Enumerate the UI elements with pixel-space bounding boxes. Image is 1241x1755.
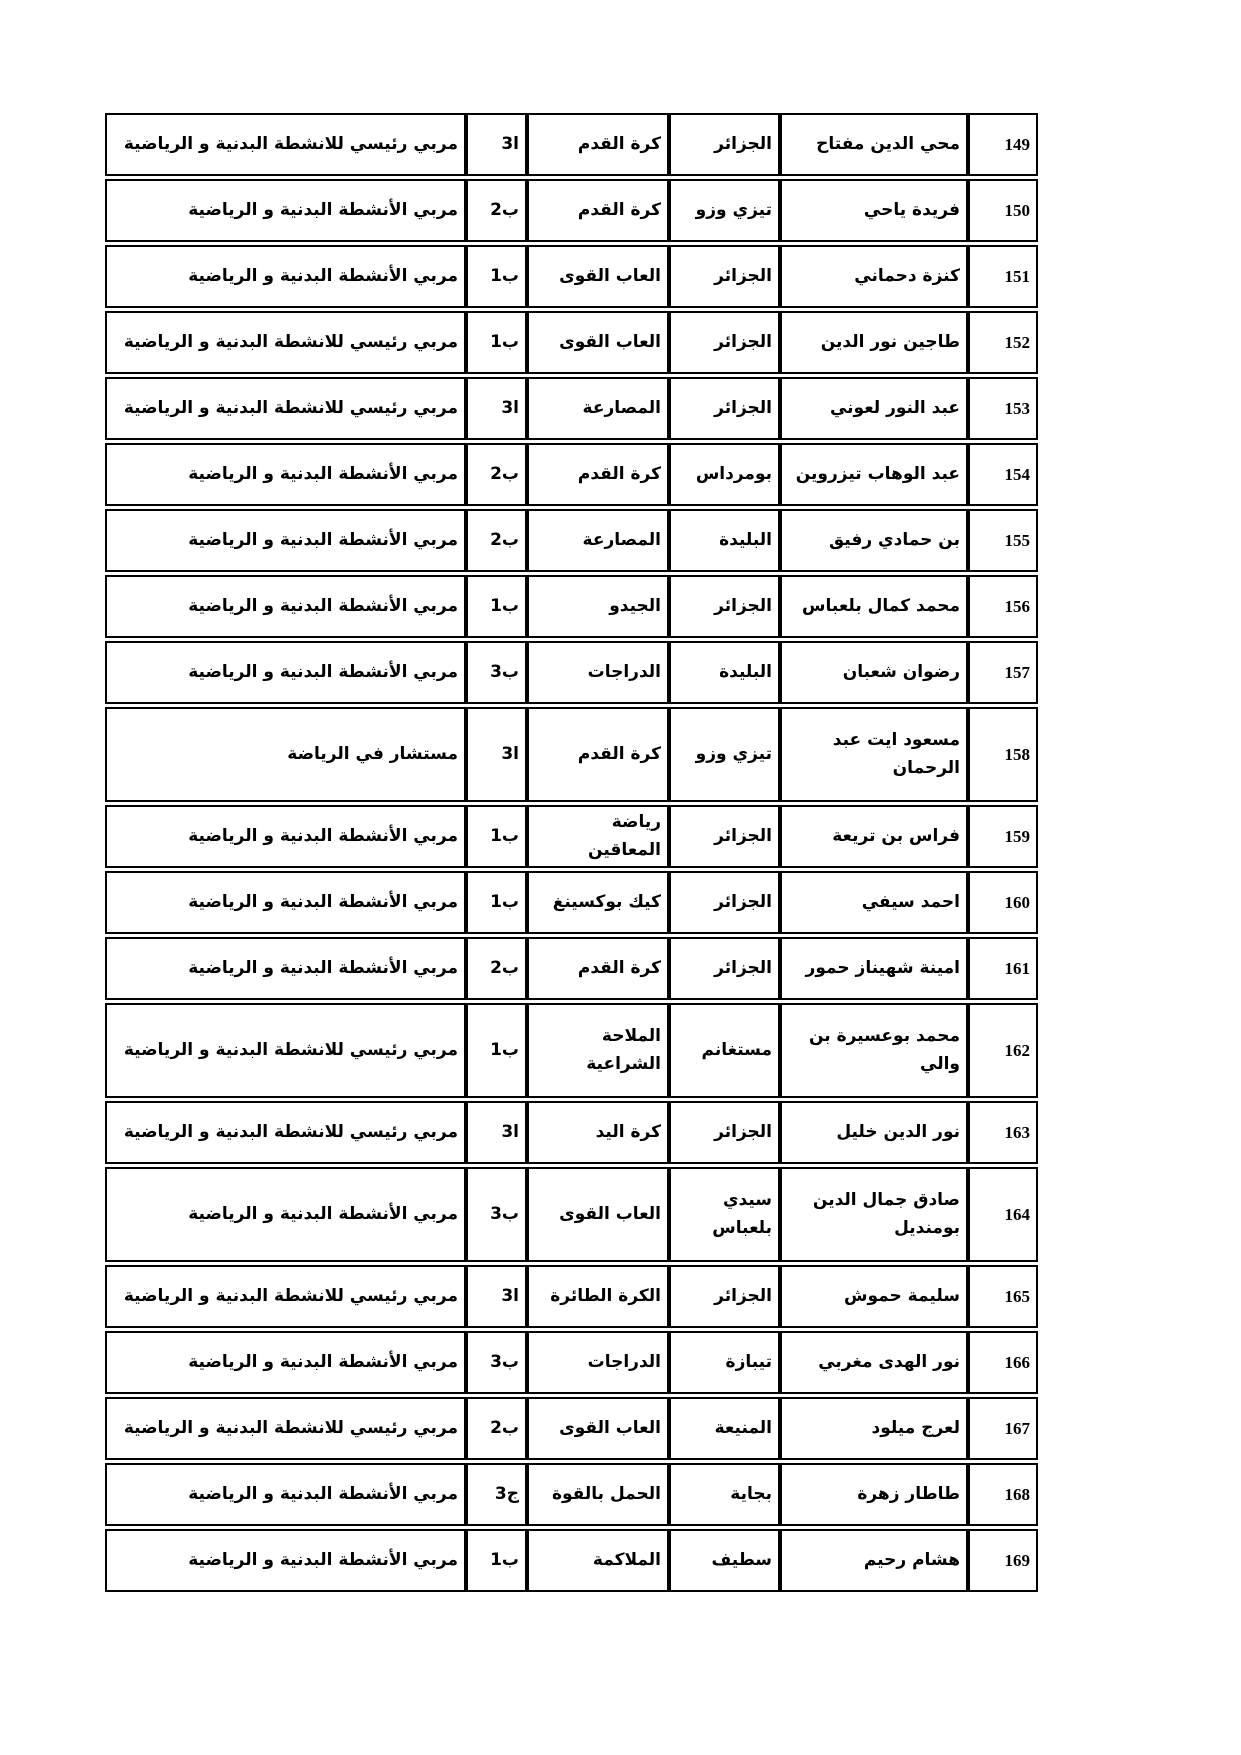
grade-cell: ا3	[466, 1265, 527, 1328]
job-title-cell: مربي الأنشطة البدنية و الرياضية	[105, 245, 466, 308]
sport-cell: كيك بوكسينغ	[527, 871, 669, 934]
job-title-cell: مربي رئيسي للانشطة البدنية و الرياضية	[105, 1397, 466, 1460]
job-title-cell: مربي الأنشطة البدنية و الرياضية	[105, 937, 466, 1000]
sport-cell: كرة القدم	[527, 179, 669, 242]
name-cell: لعرج ميلود	[780, 1397, 968, 1460]
job-title-cell: مربي الأنشطة البدنية و الرياضية	[105, 1463, 466, 1526]
table-row: 168 طاطار زهرة بجاية الحمل بالقوة ج3 مرب…	[105, 1463, 1038, 1526]
city-cell: البليدة	[669, 641, 780, 704]
name-cell: نور الدين خليل	[780, 1101, 968, 1164]
city-cell: بومرداس	[669, 443, 780, 506]
sport-cell: الدراجات	[527, 1331, 669, 1394]
row-number-cell: 156	[968, 575, 1038, 638]
grade-cell: ا3	[466, 707, 527, 802]
city-cell: تيبازة	[669, 1331, 780, 1394]
city-cell: البليدة	[669, 509, 780, 572]
job-title-cell: مربي رئيسي للانشطة البدنية و الرياضية	[105, 1265, 466, 1328]
job-title-cell: مربي رئيسي للانشطة البدنية و الرياضية	[105, 1003, 466, 1098]
city-cell: مستغانم	[669, 1003, 780, 1098]
name-cell: امينة شهيناز حمور	[780, 937, 968, 1000]
grade-cell: ب1	[466, 245, 527, 308]
table-row: 164 صادق جمال الدين بومنديل سيدي بلعباس …	[105, 1167, 1038, 1262]
row-number-cell: 158	[968, 707, 1038, 802]
city-cell: تيزي وزو	[669, 179, 780, 242]
row-number-cell: 151	[968, 245, 1038, 308]
row-number-cell: 152	[968, 311, 1038, 374]
city-cell: الجزائر	[669, 113, 780, 176]
city-cell: الجزائر	[669, 871, 780, 934]
grade-cell: ب3	[466, 1167, 527, 1262]
table-row: 165 سليمة حموش الجزائر الكرة الطائرة ا3 …	[105, 1265, 1038, 1328]
job-title-cell: مربي رئيسي للانشطة البدنية و الرياضية	[105, 1101, 466, 1164]
city-cell: تيزي وزو	[669, 707, 780, 802]
grade-cell: ب2	[466, 179, 527, 242]
table-row: 150 فريدة ياحي تيزي وزو كرة القدم ب2 مرب…	[105, 179, 1038, 242]
job-title-cell: مربي الأنشطة البدنية و الرياضية	[105, 1167, 466, 1262]
grade-cell: ب1	[466, 1003, 527, 1098]
name-cell: طاجين نور الدين	[780, 311, 968, 374]
sport-cell: المصارعة	[527, 509, 669, 572]
name-cell: بن حمادي رفيق	[780, 509, 968, 572]
sport-cell: الكرة الطائرة	[527, 1265, 669, 1328]
sport-cell: المصارعة	[527, 377, 669, 440]
sport-cell: العاب القوى	[527, 1167, 669, 1262]
table-row: 158 مسعود ايت عبد الرحمان تيزي وزو كرة ا…	[105, 707, 1038, 802]
table-row: 160 احمد سيفي الجزائر كيك بوكسينغ ب1 مرب…	[105, 871, 1038, 934]
row-number-cell: 164	[968, 1167, 1038, 1262]
grade-cell: ب2	[466, 937, 527, 1000]
row-number-cell: 167	[968, 1397, 1038, 1460]
sport-cell: كرة القدم	[527, 937, 669, 1000]
table-row: 162 محمد بوعسيرة بن والي مستغانم الملاحة…	[105, 1003, 1038, 1098]
name-cell: رضوان شعبان	[780, 641, 968, 704]
grade-cell: ب2	[466, 443, 527, 506]
table-row: 169 هشام رحيم سطيف الملاكمة ب1 مربي الأن…	[105, 1529, 1038, 1592]
sport-cell: كرة القدم	[527, 113, 669, 176]
row-number-cell: 160	[968, 871, 1038, 934]
row-number-cell: 165	[968, 1265, 1038, 1328]
job-title-cell: مربي رئيسي للانشطة البدنية و الرياضية	[105, 377, 466, 440]
name-cell: محمد كمال بلعباس	[780, 575, 968, 638]
name-cell: عبد الوهاب تيزروين	[780, 443, 968, 506]
job-title-cell: مربي رئيسي للانشطة البدنية و الرياضية	[105, 113, 466, 176]
city-cell: الجزائر	[669, 311, 780, 374]
table-row: 154 عبد الوهاب تيزروين بومرداس كرة القدم…	[105, 443, 1038, 506]
grade-cell: ب2	[466, 509, 527, 572]
table-row: 163 نور الدين خليل الجزائر كرة اليد ا3 م…	[105, 1101, 1038, 1164]
sport-cell: العاب القوى	[527, 1397, 669, 1460]
sport-cell: العاب القوى	[527, 311, 669, 374]
city-cell: الجزائر	[669, 1265, 780, 1328]
row-number-cell: 169	[968, 1529, 1038, 1592]
job-title-cell: مربي الأنشطة البدنية و الرياضية	[105, 641, 466, 704]
name-cell: عبد النور لعوني	[780, 377, 968, 440]
city-cell: الجزائر	[669, 377, 780, 440]
job-title-cell: مربي الأنشطة البدنية و الرياضية	[105, 805, 466, 868]
city-cell: سطيف	[669, 1529, 780, 1592]
document-page: 149 محي الدين مفتاح الجزائر كرة القدم ا3…	[0, 0, 1241, 1755]
city-cell: المنيعة	[669, 1397, 780, 1460]
job-title-cell: مربي رئيسي للانشطة البدنية و الرياضية	[105, 311, 466, 374]
grade-cell: ب1	[466, 871, 527, 934]
name-cell: صادق جمال الدين بومنديل	[780, 1167, 968, 1262]
table-row: 155 بن حمادي رفيق البليدة المصارعة ب2 مر…	[105, 509, 1038, 572]
job-title-cell: مربي الأنشطة البدنية و الرياضية	[105, 1529, 466, 1592]
city-cell: الجزائر	[669, 1101, 780, 1164]
city-cell: الجزائر	[669, 937, 780, 1000]
row-number-cell: 162	[968, 1003, 1038, 1098]
city-cell: الجزائر	[669, 805, 780, 868]
name-cell: محي الدين مفتاح	[780, 113, 968, 176]
name-cell: محمد بوعسيرة بن والي	[780, 1003, 968, 1098]
job-title-cell: مربي الأنشطة البدنية و الرياضية	[105, 871, 466, 934]
grade-cell: ب3	[466, 641, 527, 704]
grade-cell: ب1	[466, 575, 527, 638]
sport-cell: كرة القدم	[527, 707, 669, 802]
sport-cell: العاب القوى	[527, 245, 669, 308]
row-number-cell: 150	[968, 179, 1038, 242]
job-title-cell: مربي الأنشطة البدنية و الرياضية	[105, 1331, 466, 1394]
grade-cell: ا3	[466, 113, 527, 176]
name-cell: نور الهدى مغربي	[780, 1331, 968, 1394]
staff-roster-table-body: 149 محي الدين مفتاح الجزائر كرة القدم ا3…	[105, 113, 1038, 1592]
table-row: 166 نور الهدى مغربي تيبازة الدراجات ب3 م…	[105, 1331, 1038, 1394]
grade-cell: ا3	[466, 1101, 527, 1164]
sport-cell: الجيدو	[527, 575, 669, 638]
staff-roster-table: 149 محي الدين مفتاح الجزائر كرة القدم ا3…	[105, 110, 1038, 1595]
row-number-cell: 166	[968, 1331, 1038, 1394]
sport-cell: كرة اليد	[527, 1101, 669, 1164]
row-number-cell: 149	[968, 113, 1038, 176]
name-cell: هشام رحيم	[780, 1529, 968, 1592]
name-cell: احمد سيفي	[780, 871, 968, 934]
row-number-cell: 161	[968, 937, 1038, 1000]
grade-cell: ب3	[466, 1331, 527, 1394]
name-cell: فريدة ياحي	[780, 179, 968, 242]
grade-cell: ب1	[466, 1529, 527, 1592]
name-cell: مسعود ايت عبد الرحمان	[780, 707, 968, 802]
sport-cell: الدراجات	[527, 641, 669, 704]
sport-cell: الحمل بالقوة	[527, 1463, 669, 1526]
job-title-cell: مربي الأنشطة البدنية و الرياضية	[105, 575, 466, 638]
sport-cell: رياضة المعاقين	[527, 805, 669, 868]
sport-cell: الملاحة الشراعية	[527, 1003, 669, 1098]
grade-cell: ب1	[466, 805, 527, 868]
city-cell: الجزائر	[669, 245, 780, 308]
table-row: 159 فراس بن تريعة الجزائر رياضة المعاقين…	[105, 805, 1038, 868]
row-number-cell: 163	[968, 1101, 1038, 1164]
name-cell: فراس بن تريعة	[780, 805, 968, 868]
row-number-cell: 168	[968, 1463, 1038, 1526]
table-row: 161 امينة شهيناز حمور الجزائر كرة القدم …	[105, 937, 1038, 1000]
city-cell: بجاية	[669, 1463, 780, 1526]
table-row: 151 كنزة دحماني الجزائر العاب القوى ب1 م…	[105, 245, 1038, 308]
row-number-cell: 155	[968, 509, 1038, 572]
city-cell: الجزائر	[669, 575, 780, 638]
job-title-cell: مربي الأنشطة البدنية و الرياضية	[105, 509, 466, 572]
row-number-cell: 157	[968, 641, 1038, 704]
grade-cell: ب2	[466, 1397, 527, 1460]
table-row: 167 لعرج ميلود المنيعة العاب القوى ب2 مر…	[105, 1397, 1038, 1460]
name-cell: كنزة دحماني	[780, 245, 968, 308]
table-row: 152 طاجين نور الدين الجزائر العاب القوى …	[105, 311, 1038, 374]
row-number-cell: 159	[968, 805, 1038, 868]
name-cell: سليمة حموش	[780, 1265, 968, 1328]
city-cell: سيدي بلعباس	[669, 1167, 780, 1262]
name-cell: طاطار زهرة	[780, 1463, 968, 1526]
table-row: 149 محي الدين مفتاح الجزائر كرة القدم ا3…	[105, 113, 1038, 176]
grade-cell: ا3	[466, 377, 527, 440]
table-row: 156 محمد كمال بلعباس الجزائر الجيدو ب1 م…	[105, 575, 1038, 638]
sport-cell: كرة القدم	[527, 443, 669, 506]
job-title-cell: مربي الأنشطة البدنية و الرياضية	[105, 179, 466, 242]
grade-cell: ج3	[466, 1463, 527, 1526]
row-number-cell: 154	[968, 443, 1038, 506]
job-title-cell: مستشار في الرياضة	[105, 707, 466, 802]
job-title-cell: مربي الأنشطة البدنية و الرياضية	[105, 443, 466, 506]
table-row: 157 رضوان شعبان البليدة الدراجات ب3 مربي…	[105, 641, 1038, 704]
table-row: 153 عبد النور لعوني الجزائر المصارعة ا3 …	[105, 377, 1038, 440]
sport-cell: الملاكمة	[527, 1529, 669, 1592]
grade-cell: ب1	[466, 311, 527, 374]
row-number-cell: 153	[968, 377, 1038, 440]
